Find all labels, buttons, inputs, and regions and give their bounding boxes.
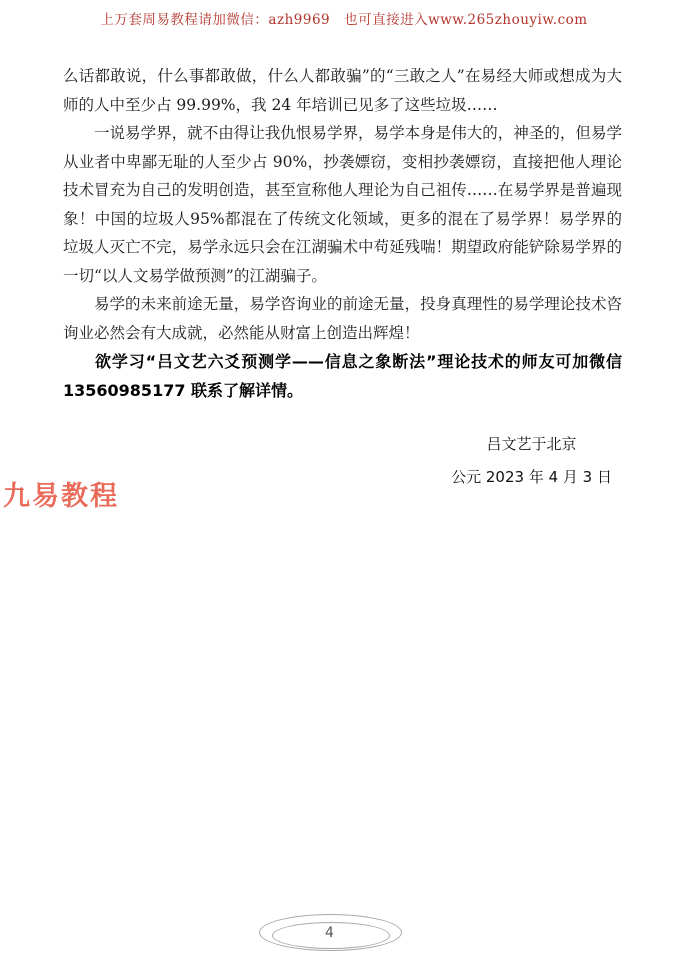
page-footer: 4 <box>0 905 688 965</box>
paragraph-contact-info: 欲学习“吕文艺六爻预测学——信息之象断法”理论技术的师友可加微信 1356098… <box>63 347 622 405</box>
document-body: 么话都敢说，什么事都敢做，什么人都敢骗”的“三敢之人”在易经大师或想成为大师的人… <box>63 62 622 405</box>
page-number: 4 <box>259 925 400 941</box>
signature-author-line: 吕文艺于北京 <box>451 428 612 461</box>
paragraph-yixue-criticism: 一说易学界，就不由得让我仇恨易学界，易学本身是伟大的，神圣的，但易学从业者中卑鄙… <box>63 119 622 290</box>
signature-block: 吕文艺于北京 公元 2023 年 4 月 3 日 <box>451 428 612 494</box>
paragraph-continuation: 么话都敢说，什么事都敢做，什么人都敢骗”的“三敢之人”在易经大师或想成为大师的人… <box>63 62 622 119</box>
document-page: 上万套周易教程请加微信：azh9969 也可直接进入www.265zhouyiw… <box>0 0 688 971</box>
red-watermark-text: 九易教程 <box>3 474 119 513</box>
signature-date-line: 公元 2023 年 4 月 3 日 <box>451 461 612 494</box>
page-header-promo-text: 上万套周易教程请加微信：azh9969 也可直接进入www.265zhouyiw… <box>0 8 688 28</box>
paragraph-future-outlook: 易学的未来前途无量，易学咨询业的前途无量，投身真理性的易学理论技术咨询业必然会有… <box>63 290 622 347</box>
